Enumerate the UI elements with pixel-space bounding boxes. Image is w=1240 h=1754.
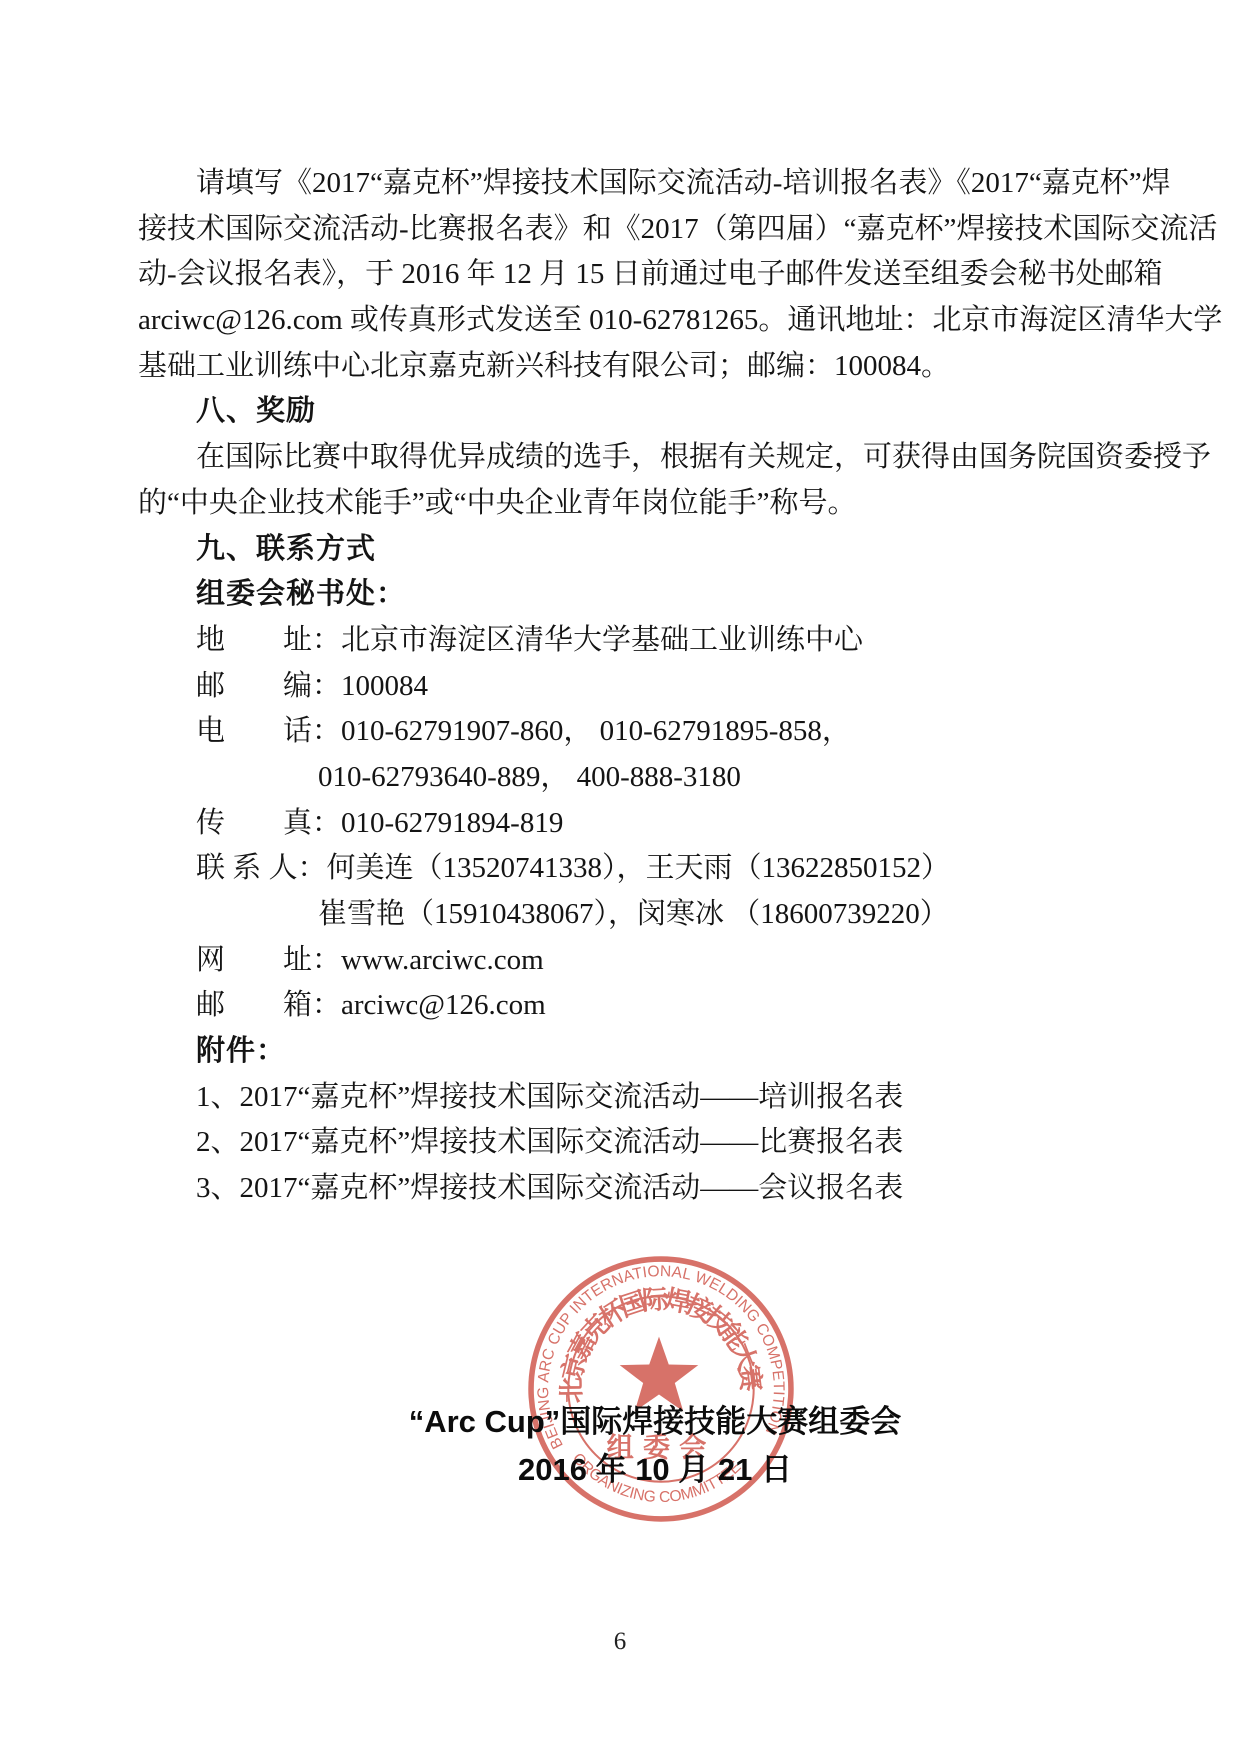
date-signature: 2016 年 10 月 21 日	[380, 1446, 930, 1494]
intro-line: 请填写《2017“嘉克杯”焊接技术国际交流活动-培训报名表》《2017“嘉克杯”…	[138, 161, 1106, 207]
attachments-heading: 附件：	[138, 1029, 1106, 1075]
attachment-item: 3、2017“嘉克杯”焊接技术国际交流活动——会议报名表	[138, 1166, 1106, 1212]
contact-row-address: 地 址：北京市海淀区清华大学基础工业训练中心	[138, 618, 1106, 664]
org-signature: “Arc Cup”国际焊接技能大赛组委会	[380, 1398, 930, 1446]
award-line: 的“中央企业技术能手”或“中央企业青年岗位能手”称号。	[138, 481, 1106, 527]
section-heading-contact: 九、联系方式	[138, 527, 1106, 573]
contact-row-phone-cont: 010-62793640-889， 400-888-3180	[138, 755, 1106, 801]
contact-row-fax: 传 真：010-62791894-819	[138, 801, 1106, 847]
intro-line: 接技术国际交流活动-比赛报名表》和《2017（第四届）“嘉克杯”焊接技术国际交流…	[138, 207, 1106, 253]
contact-row-website: 网 址：www.arciwc.com	[138, 938, 1106, 984]
page-number: 6	[0, 1628, 1240, 1656]
contact-row-persons-cont: 崔雪艳（15910438067），闵寒冰 （18600739220）	[138, 892, 1106, 938]
contact-row-email: 邮 箱：arciwc@126.com	[138, 983, 1106, 1029]
attachment-item: 2、2017“嘉克杯”焊接技术国际交流活动——比赛报名表	[138, 1120, 1106, 1166]
intro-line: 动-会议报名表》，于 2016 年 12 月 15 日前通过电子邮件发送至组委会…	[138, 252, 1106, 298]
attachment-item: 1、2017“嘉克杯”焊接技术国际交流活动——培训报名表	[138, 1075, 1106, 1121]
secretariat-subheading: 组委会秘书处：	[138, 572, 1106, 618]
contact-row-zipcode: 邮 编：100084	[138, 664, 1106, 710]
contact-row-persons: 联 系 人：何美连（13520741338），王天雨（13622850152）	[138, 846, 1106, 892]
award-line: 在国际比赛中取得优异成绩的选手，根据有关规定，可获得由国务院国资委授予	[138, 435, 1106, 481]
document-body: 请填写《2017“嘉克杯”焊接技术国际交流活动-培训报名表》《2017“嘉克杯”…	[138, 161, 1106, 1212]
contact-row-phone: 电 话：010-62791907-860， 010-62791895-858，	[138, 709, 1106, 755]
signature-block: “Arc Cup”国际焊接技能大赛组委会 2016 年 10 月 21 日	[380, 1398, 930, 1494]
intro-line: arciwc@126.com 或传真形式发送至 010-62781265。通讯地…	[138, 298, 1106, 344]
intro-line: 基础工业训练中心北京嘉克新兴科技有限公司；邮编：100084。	[138, 344, 1106, 390]
section-heading-award: 八、奖励	[138, 389, 1106, 435]
